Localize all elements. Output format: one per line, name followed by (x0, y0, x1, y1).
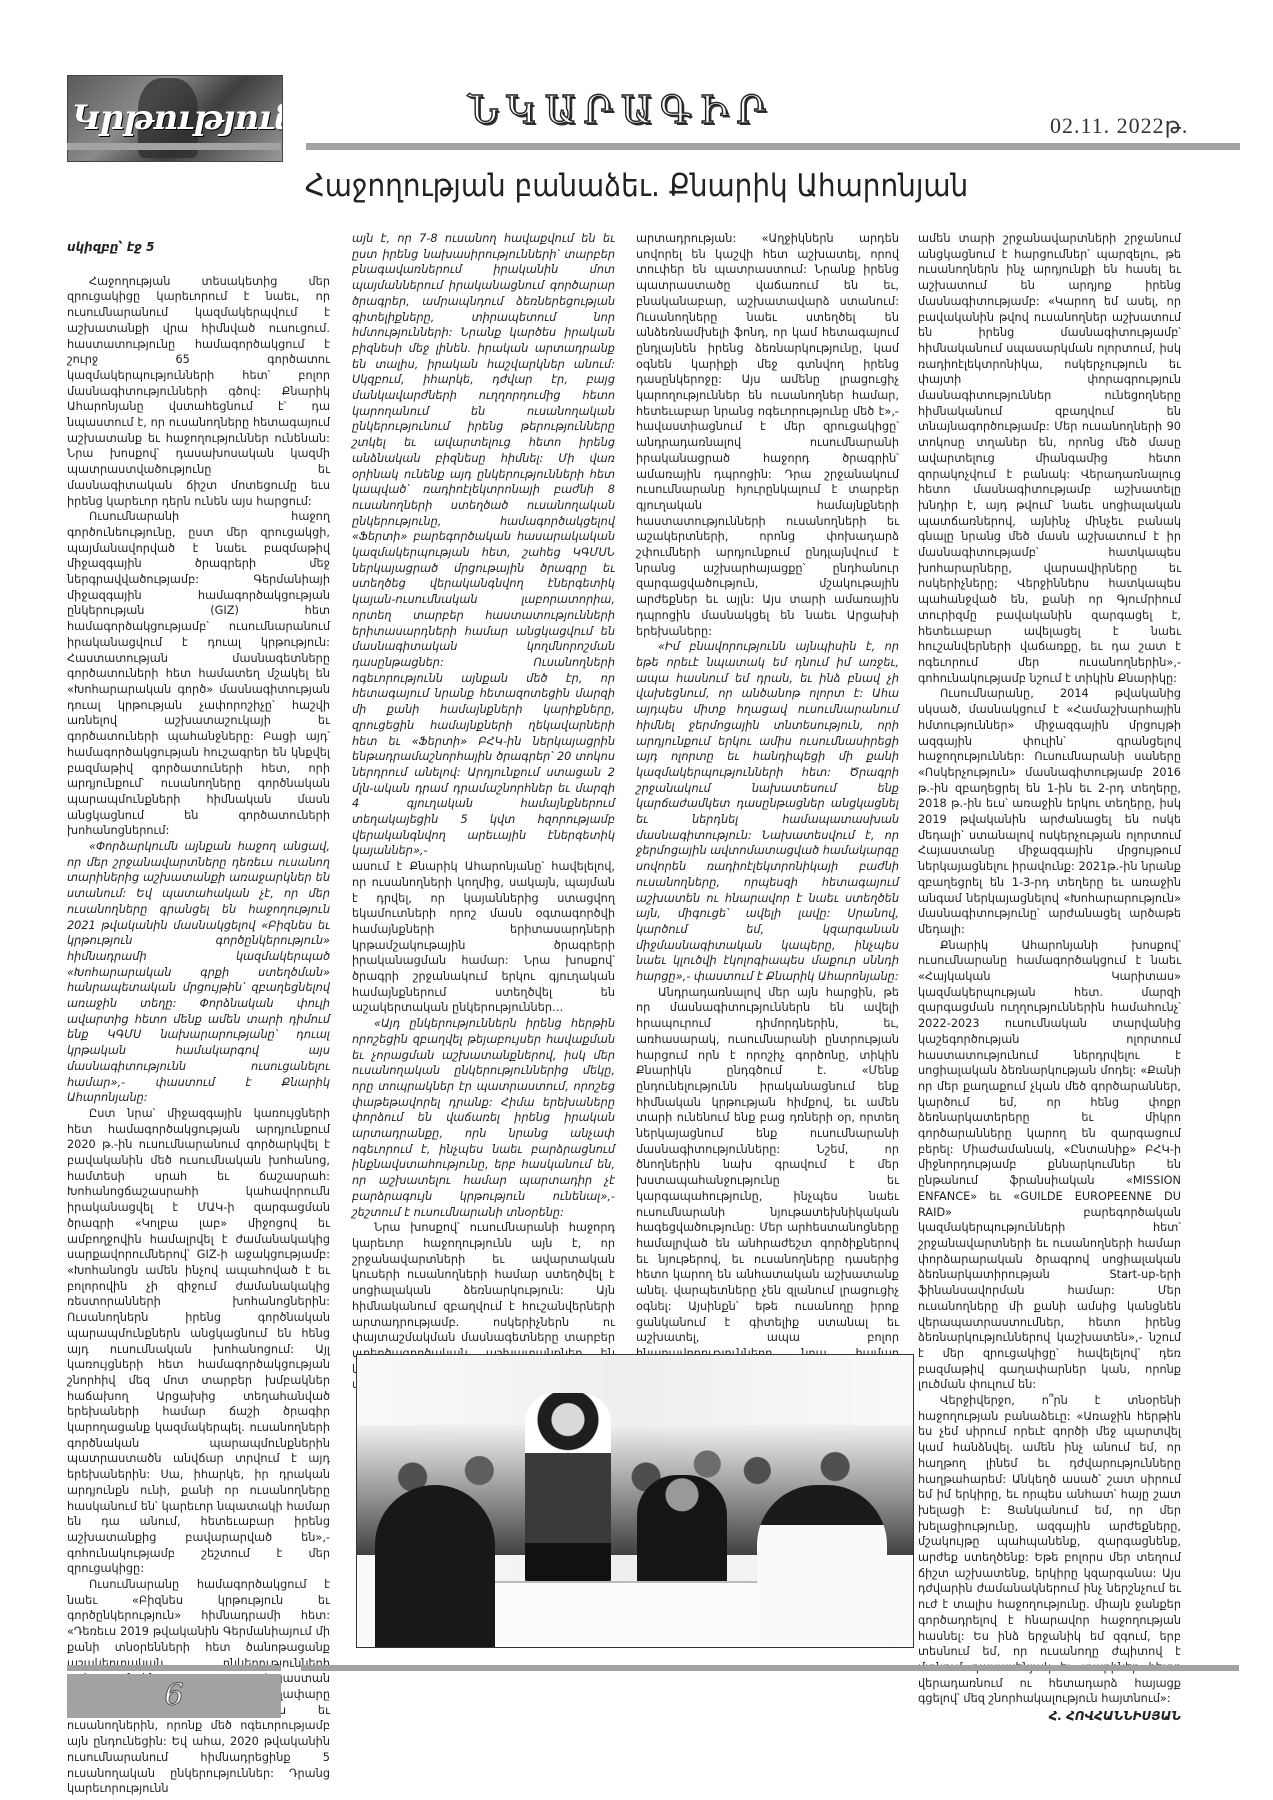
photo-student-left (375, 1485, 495, 1647)
quote-paragraph: «Իմ բնավորությունն այնպիսին է, որ եթե որ… (636, 639, 899, 984)
paragraph: Անդրադառնալով մեր այն հարցին, թե որ մասն… (636, 985, 899, 1393)
logo-text: Կրթություն (72, 98, 283, 138)
article-column-3: արտադրության: «Աղջիկներն արդեն սովորել ե… (636, 231, 899, 1409)
article-column-4: ամեն տարի շրջանավարտների շրջանում անցկաց… (918, 231, 1181, 1725)
paragraph: արտադրության: «Աղջիկներն արդեն սովորել ե… (636, 231, 899, 639)
article-byline: Հ. ՀՈՎՀԱՆՆԻՍՅԱՆ (918, 1709, 1181, 1725)
quote-paragraph: «Այդ ընկերություններն իրենց հերթին որոշե… (352, 1016, 615, 1220)
paragraph: Ուսումնարանի հաջող գործունեությունը, ըստ… (67, 509, 330, 839)
paragraph: Ըստ նրա՝ միջազգային կառույցների հետ համա… (67, 1106, 330, 1577)
paragraph: ամեն տարի շրջանավարտների շրջանում անցկաց… (918, 231, 1181, 686)
logo-underline-rule (67, 143, 281, 150)
footer-rule-right (301, 1665, 1239, 1671)
photo-student-right (757, 1485, 887, 1647)
footer-rule-left (67, 1665, 281, 1671)
continued-from-note: սկիզբը՝ էջ 5 (67, 240, 330, 256)
page-number-box: 6 (67, 1674, 281, 1718)
photo-seated-student (637, 1475, 727, 1585)
article-column-1: սկիզբը՝ էջ 5 Հաջողության տեսակետից մեր զ… (67, 240, 330, 1797)
article-headline: Հաջողության բանաձեւ. Քնարիկ Աhարոնյան (0, 168, 1273, 204)
paragraph: Հաջողության տեսակետից մեր զրուցակիցը կար… (67, 274, 330, 510)
paragraph: ասում է Քնարիկ Աhարոնյանը՝ հավելելով, որ… (352, 859, 615, 1016)
header-rule (306, 143, 1240, 150)
page-number: 6 (67, 1678, 281, 1713)
section-title: ՆԿԱՐԱԳԻՐ (468, 88, 774, 132)
issue-date: 02.11. 2022թ. (1050, 113, 1188, 139)
quote-paragraph: այն է, որ 7-8 ուսանող հավաքվում են եւ ըս… (352, 231, 615, 859)
paragraph: Ուսումնարանը, 2014 թվականից սկսած, մասնա… (918, 686, 1181, 937)
article-column-2: այն է, որ 7-8 ուսանող հավաքվում են եւ ըս… (352, 231, 615, 1393)
quote-paragraph: «Փորձարկումն այնքան հաջող անցավ, որ մեր … (67, 839, 330, 1106)
photo-speaker-with-microphone (525, 1393, 611, 1583)
paragraph: Վերջիվերջո, ո՞րն է տնօրենի հաջողության բ… (918, 1393, 1181, 1707)
paragraph: Քնարիկ Աhարոնյանի խոսքով՝ ուսումնարանը հ… (918, 938, 1181, 1393)
article-photo (356, 1354, 914, 1648)
photo-desk (467, 1581, 787, 1648)
